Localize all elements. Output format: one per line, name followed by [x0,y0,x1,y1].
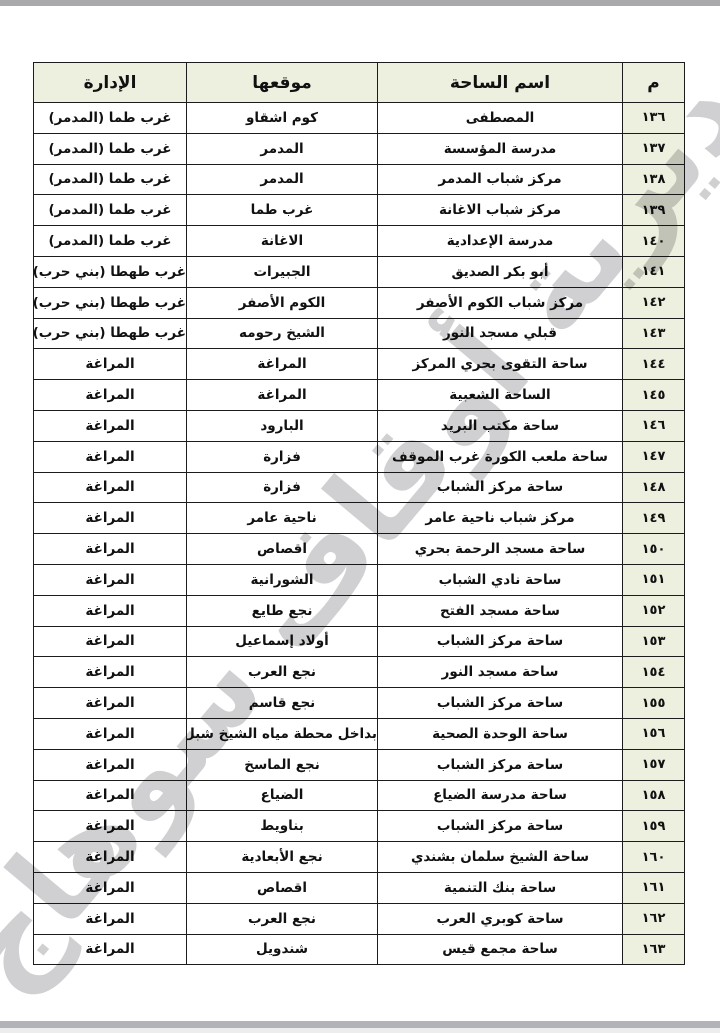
cell-square-name: ساحة مركز الشباب [378,626,623,657]
cell-square-name: ساحة نادي الشباب [378,564,623,595]
cell-square-name: ساحة مركز الشباب [378,688,623,719]
cell-number: ١٦٢ [623,903,685,934]
cell-number: ١٣٧ [623,133,685,164]
cell-number: ١٦١ [623,872,685,903]
header-number: م [623,63,685,103]
table-row: ١٥٩ساحة مركز الشباببناويطالمراغة [34,811,685,842]
table-row: ١٥٤ساحة مسجد النورنجع العربالمراغة [34,657,685,688]
cell-square-name: ساحة مجمع قيس [378,934,623,965]
cell-square-name: ساحة التقوى بحري المركز [378,349,623,380]
table-body: ١٣٦المصطفىكوم اشقاوغرب طما (المدمر)١٣٧مد… [34,103,685,965]
cell-administration: المراغة [34,380,187,411]
cell-administration: غرب طما (المدمر) [34,133,187,164]
cell-number: ١٤٧ [623,441,685,472]
cell-administration: المراغة [34,811,187,842]
cell-location: نجع العرب [187,657,378,688]
cell-square-name: أبو بكر الصديق [378,256,623,287]
cell-number: ١٥٣ [623,626,685,657]
scan-edge-bottom [0,1021,720,1028]
table-row: ١٥٧ساحة مركز الشبابنجع الماسخالمراغة [34,749,685,780]
table-row: ١٤٣قبلي مسجد النورالشيخ رحومهغرب طهطا (ب… [34,318,685,349]
cell-location: الضياع [187,780,378,811]
cell-square-name: ساحة الشيخ سلمان بشندي [378,842,623,873]
cell-location: المدمر [187,133,378,164]
table-row: ١٣٩مركز شباب الاغانةغرب طماغرب طما (المد… [34,195,685,226]
table-row: ١٣٧مدرسة المؤسسةالمدمرغرب طما (المدمر) [34,133,685,164]
table-row: ١٣٦المصطفىكوم اشقاوغرب طما (المدمر) [34,103,685,134]
table-row: ١٥٣ساحة مركز الشبابأولاد إسماعيلالمراغة [34,626,685,657]
table-row: ١٣٨مركز شباب المدمرالمدمرغرب طما (المدمر… [34,164,685,195]
cell-number: ١٥٨ [623,780,685,811]
cell-number: ١٥٦ [623,718,685,749]
document-table-container: م اسم الساحة موقعها الإدارة ١٣٦المصطفىكو… [34,62,685,965]
cell-location: نجع الأبعادية [187,842,378,873]
cell-administration: المراغة [34,718,187,749]
cell-square-name: قبلي مسجد النور [378,318,623,349]
cell-location: الاغانة [187,226,378,257]
cell-square-name: مدرسة الإعدادية [378,226,623,257]
cell-square-name: مركز شباب الاغانة [378,195,623,226]
cell-number: ١٤٨ [623,472,685,503]
table-row: ١٤١أبو بكر الصديقالجبيراتغرب طهطا (بني ح… [34,256,685,287]
cell-square-name: ساحة مسجد النور [378,657,623,688]
cell-number: ١٤٥ [623,380,685,411]
cell-administration: المراغة [34,441,187,472]
cell-square-name: ساحة مسجد الفتح [378,595,623,626]
header-location: موقعها [187,63,378,103]
cell-square-name: ساحة مركز الشباب [378,472,623,503]
cell-square-name: ساحة ملعب الكورة غرب الموقف [378,441,623,472]
cell-square-name: الساحة الشعبية [378,380,623,411]
cell-number: ١٣٦ [623,103,685,134]
cell-location: المراغة [187,380,378,411]
cell-number: ١٥٩ [623,811,685,842]
cell-administration: المراغة [34,472,187,503]
table-row: ١٥٠ساحة مسجد الرحمة بحرياقصاصالمراغة [34,534,685,565]
cell-location: نجع العرب [187,903,378,934]
cell-administration: المراغة [34,780,187,811]
cell-administration: المراغة [34,349,187,380]
table-row: ١٤٥الساحة الشعبيةالمراغةالمراغة [34,380,685,411]
cell-location: بداخل محطة مياه الشيخ شبل [187,718,378,749]
cell-square-name: ساحة الوحدة الصحية [378,718,623,749]
cell-square-name: مركز شباب ناحية عامر [378,503,623,534]
cell-square-name: ساحة مسجد الرحمة بحري [378,534,623,565]
cell-administration: المراغة [34,595,187,626]
table-row: ١٥٨ساحة مدرسة الضياعالضياعالمراغة [34,780,685,811]
cell-location: بناويط [187,811,378,842]
cell-location: فزارة [187,441,378,472]
cell-number: ١٦٠ [623,842,685,873]
cell-administration: غرب طما (المدمر) [34,226,187,257]
cell-square-name: ساحة مدرسة الضياع [378,780,623,811]
cell-number: ١٤٣ [623,318,685,349]
cell-location: اقصاص [187,534,378,565]
header-square-name: اسم الساحة [378,63,623,103]
cell-location: نجع قاسم [187,688,378,719]
scan-edge-bottom-shadow [0,1028,720,1033]
table-row: ١٥١ساحة نادي الشبابالشورانيةالمراغة [34,564,685,595]
cell-location: الشيخ رحومه [187,318,378,349]
cell-square-name: مركز شباب المدمر [378,164,623,195]
cell-location: شندويل [187,934,378,965]
table-row: ١٥٦ساحة الوحدة الصحيةبداخل محطة مياه الش… [34,718,685,749]
cell-number: ١٤٦ [623,410,685,441]
cell-location: نجع طايع [187,595,378,626]
table-row: ١٤٨ساحة مركز الشبابفزارةالمراغة [34,472,685,503]
cell-number: ١٥٠ [623,534,685,565]
cell-square-name: ساحة مركز الشباب [378,811,623,842]
cell-location: الكوم الأصفر [187,287,378,318]
cell-location: اقصاص [187,872,378,903]
table-row: ١٤٦ساحة مكتب البريدالبارودالمراغة [34,410,685,441]
cell-square-name: المصطفى [378,103,623,134]
table-row: ١٤٧ساحة ملعب الكورة غرب الموقففزارةالمرا… [34,441,685,472]
cell-square-name: ساحة مكتب البريد [378,410,623,441]
table-row: ١٦٢ساحة كوبري العربنجع العربالمراغة [34,903,685,934]
table-row: ١٤٠مدرسة الإعداديةالاغانةغرب طما (المدمر… [34,226,685,257]
cell-square-name: مدرسة المؤسسة [378,133,623,164]
cell-location: كوم اشقاو [187,103,378,134]
cell-number: ١٥٥ [623,688,685,719]
cell-location: المراغة [187,349,378,380]
cell-square-name: مركز شباب الكوم الأصفر [378,287,623,318]
cell-square-name: ساحة كوبري العرب [378,903,623,934]
cell-number: ١٦٣ [623,934,685,965]
cell-location: البارود [187,410,378,441]
squares-table: م اسم الساحة موقعها الإدارة ١٣٦المصطفىكو… [33,62,685,965]
cell-location: نجع الماسخ [187,749,378,780]
cell-administration: غرب طما (المدمر) [34,195,187,226]
cell-location: المدمر [187,164,378,195]
cell-administration: غرب طما (المدمر) [34,103,187,134]
header-administration: الإدارة [34,63,187,103]
table-row: ١٦٠ساحة الشيخ سلمان بشندينجع الأبعاديةال… [34,842,685,873]
cell-administration: المراغة [34,534,187,565]
cell-administration: المراغة [34,503,187,534]
cell-number: ١٤٩ [623,503,685,534]
scanned-document-page: { "watermark": { "text": "مديرية أوقاف س… [0,0,720,1033]
cell-location: غرب طما [187,195,378,226]
cell-administration: غرب طهطا (بني حرب) [34,256,187,287]
cell-location: الشورانية [187,564,378,595]
cell-administration: المراغة [34,872,187,903]
cell-number: ١٤٠ [623,226,685,257]
table-row: ١٥٥ساحة مركز الشبابنجع قاسمالمراغة [34,688,685,719]
cell-location: فزارة [187,472,378,503]
cell-number: ١٥٢ [623,595,685,626]
cell-number: ١٤٤ [623,349,685,380]
cell-administration: المراغة [34,410,187,441]
cell-administration: غرب طهطا (بني حرب) [34,287,187,318]
table-row: ١٦١ساحة بنك التنميةاقصاصالمراغة [34,872,685,903]
cell-location: أولاد إسماعيل [187,626,378,657]
scan-edge-top [0,0,720,6]
cell-administration: المراغة [34,903,187,934]
table-row: ١٦٣ساحة مجمع قيسشندويلالمراغة [34,934,685,965]
table-row: ١٤٩مركز شباب ناحية عامرناحية عامرالمراغة [34,503,685,534]
cell-administration: المراغة [34,657,187,688]
table-row: ١٥٢ساحة مسجد الفتحنجع طايعالمراغة [34,595,685,626]
table-header-row: م اسم الساحة موقعها الإدارة [34,63,685,103]
cell-number: ١٤٢ [623,287,685,318]
cell-administration: غرب طما (المدمر) [34,164,187,195]
cell-administration: المراغة [34,934,187,965]
cell-number: ١٤١ [623,256,685,287]
cell-administration: المراغة [34,749,187,780]
table-row: ١٤٤ساحة التقوى بحري المركزالمراغةالمراغة [34,349,685,380]
table-row: ١٤٢مركز شباب الكوم الأصفرالكوم الأصفرغرب… [34,287,685,318]
cell-number: ١٥٧ [623,749,685,780]
cell-number: ١٥١ [623,564,685,595]
cell-administration: المراغة [34,626,187,657]
cell-square-name: ساحة بنك التنمية [378,872,623,903]
cell-square-name: ساحة مركز الشباب [378,749,623,780]
cell-administration: المراغة [34,564,187,595]
cell-location: الجبيرات [187,256,378,287]
cell-number: ١٥٤ [623,657,685,688]
cell-location: ناحية عامر [187,503,378,534]
cell-number: ١٣٩ [623,195,685,226]
cell-administration: المراغة [34,688,187,719]
cell-administration: المراغة [34,842,187,873]
cell-administration: غرب طهطا (بني حرب) [34,318,187,349]
cell-number: ١٣٨ [623,164,685,195]
